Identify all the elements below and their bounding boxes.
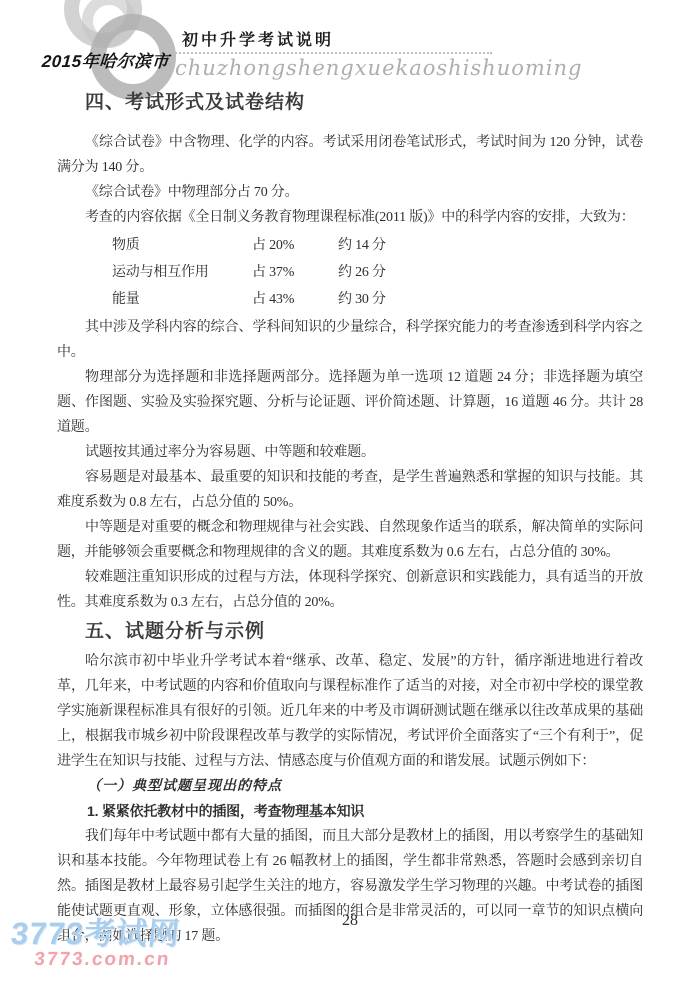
paragraph-content-basis: 考查的内容依据《全日制义务教育物理课程标准(2011 版)》中的科学内容的安排，… <box>57 205 643 230</box>
subheading-typical-features: （一）典型试题呈现出的特点 <box>57 774 643 799</box>
paragraph-comprehensive-paper: 《综合试卷》中含物理、化学的内容。考试采用闭卷笔试形式，考试时间为 120 分钟… <box>57 130 643 180</box>
header-year-city: 2015年哈尔滨市 <box>41 47 183 72</box>
subheading-textbook-illustrations: 1. 紧紧依托教材中的插图，考查物理基本知识 <box>57 799 643 824</box>
header-divider <box>172 52 492 54</box>
watermark-url: 3773.com.cn <box>7 950 178 970</box>
paragraph-difficulty-levels: 试题按其通过率分为容易题、中等题和较难题。 <box>57 440 643 465</box>
header-title: 初中升学考试说明 <box>182 27 334 50</box>
table-cell-percent: 占 37% <box>252 259 338 286</box>
paragraph-medium-questions: 中等题是对重要的概念和物理规律与社会实践、自然现象作适当的联系，解决简单的实际问… <box>57 515 643 565</box>
table-cell-score: 约 14 分 <box>338 232 643 259</box>
paragraph-physics-score: 《综合试卷》中物理部分占 70 分。 <box>57 180 643 205</box>
paragraph-subject-integration: 其中涉及学科内容的综合、学科间知识的少量综合，科学探究能力的考查渗透到科学内容之… <box>57 315 643 365</box>
table-cell-score: 约 30 分 <box>338 286 643 313</box>
table-cell-item: 能量 <box>112 286 252 313</box>
paragraph-easy-questions: 容易题是对最基本、最重要的知识和技能的考查，是学生普遍熟悉和掌握的知识与技能。其… <box>57 465 643 515</box>
paragraph-question-types: 物理部分为选择题和非选择题两部分。选择题为单一选项 12 道题 24 分；非选择… <box>57 365 643 440</box>
table-row: 能量 占 43% 约 30 分 <box>57 286 643 313</box>
table-cell-score: 约 26 分 <box>338 259 643 286</box>
table-cell-item: 运动与相互作用 <box>112 259 252 286</box>
document-body: 四、考试形式及试卷结构 《综合试卷》中含物理、化学的内容。考试采用闭卷笔试形式，… <box>57 88 643 949</box>
watermark-site-name: 3773考试网 <box>9 918 181 950</box>
paragraph-reform-overview: 哈尔滨市初中毕业升学考试本着“继承、改革、稳定、发展”的方针，循序渐进地进行着改… <box>57 649 643 774</box>
table-cell-percent: 占 20% <box>252 232 338 259</box>
section-heading-exam-format: 四、考试形式及试卷结构 <box>57 88 643 118</box>
section-heading-question-analysis: 五、试题分析与示例 <box>57 617 643 647</box>
table-row: 物质 占 20% 约 14 分 <box>57 232 643 259</box>
paragraph-hard-questions: 较难题注重知识形成的过程与方法，体现科学探究、创新意识和实践能力，具有适当的开放… <box>57 565 643 615</box>
header-pinyin: chuzhongshengxuekaoshishuoming <box>175 56 582 80</box>
watermark: 3773考试网 3773.com.cn <box>7 918 181 970</box>
table-cell-percent: 占 43% <box>252 286 338 313</box>
content-distribution-table: 物质 占 20% 约 14 分 运动与相互作用 占 37% 约 26 分 能量 … <box>57 232 643 313</box>
document-page: 2015年哈尔滨市 初中升学考试说明 chuzhongshengxuekaosh… <box>0 0 700 985</box>
table-cell-item: 物质 <box>112 232 252 259</box>
table-row: 运动与相互作用 占 37% 约 26 分 <box>57 259 643 286</box>
